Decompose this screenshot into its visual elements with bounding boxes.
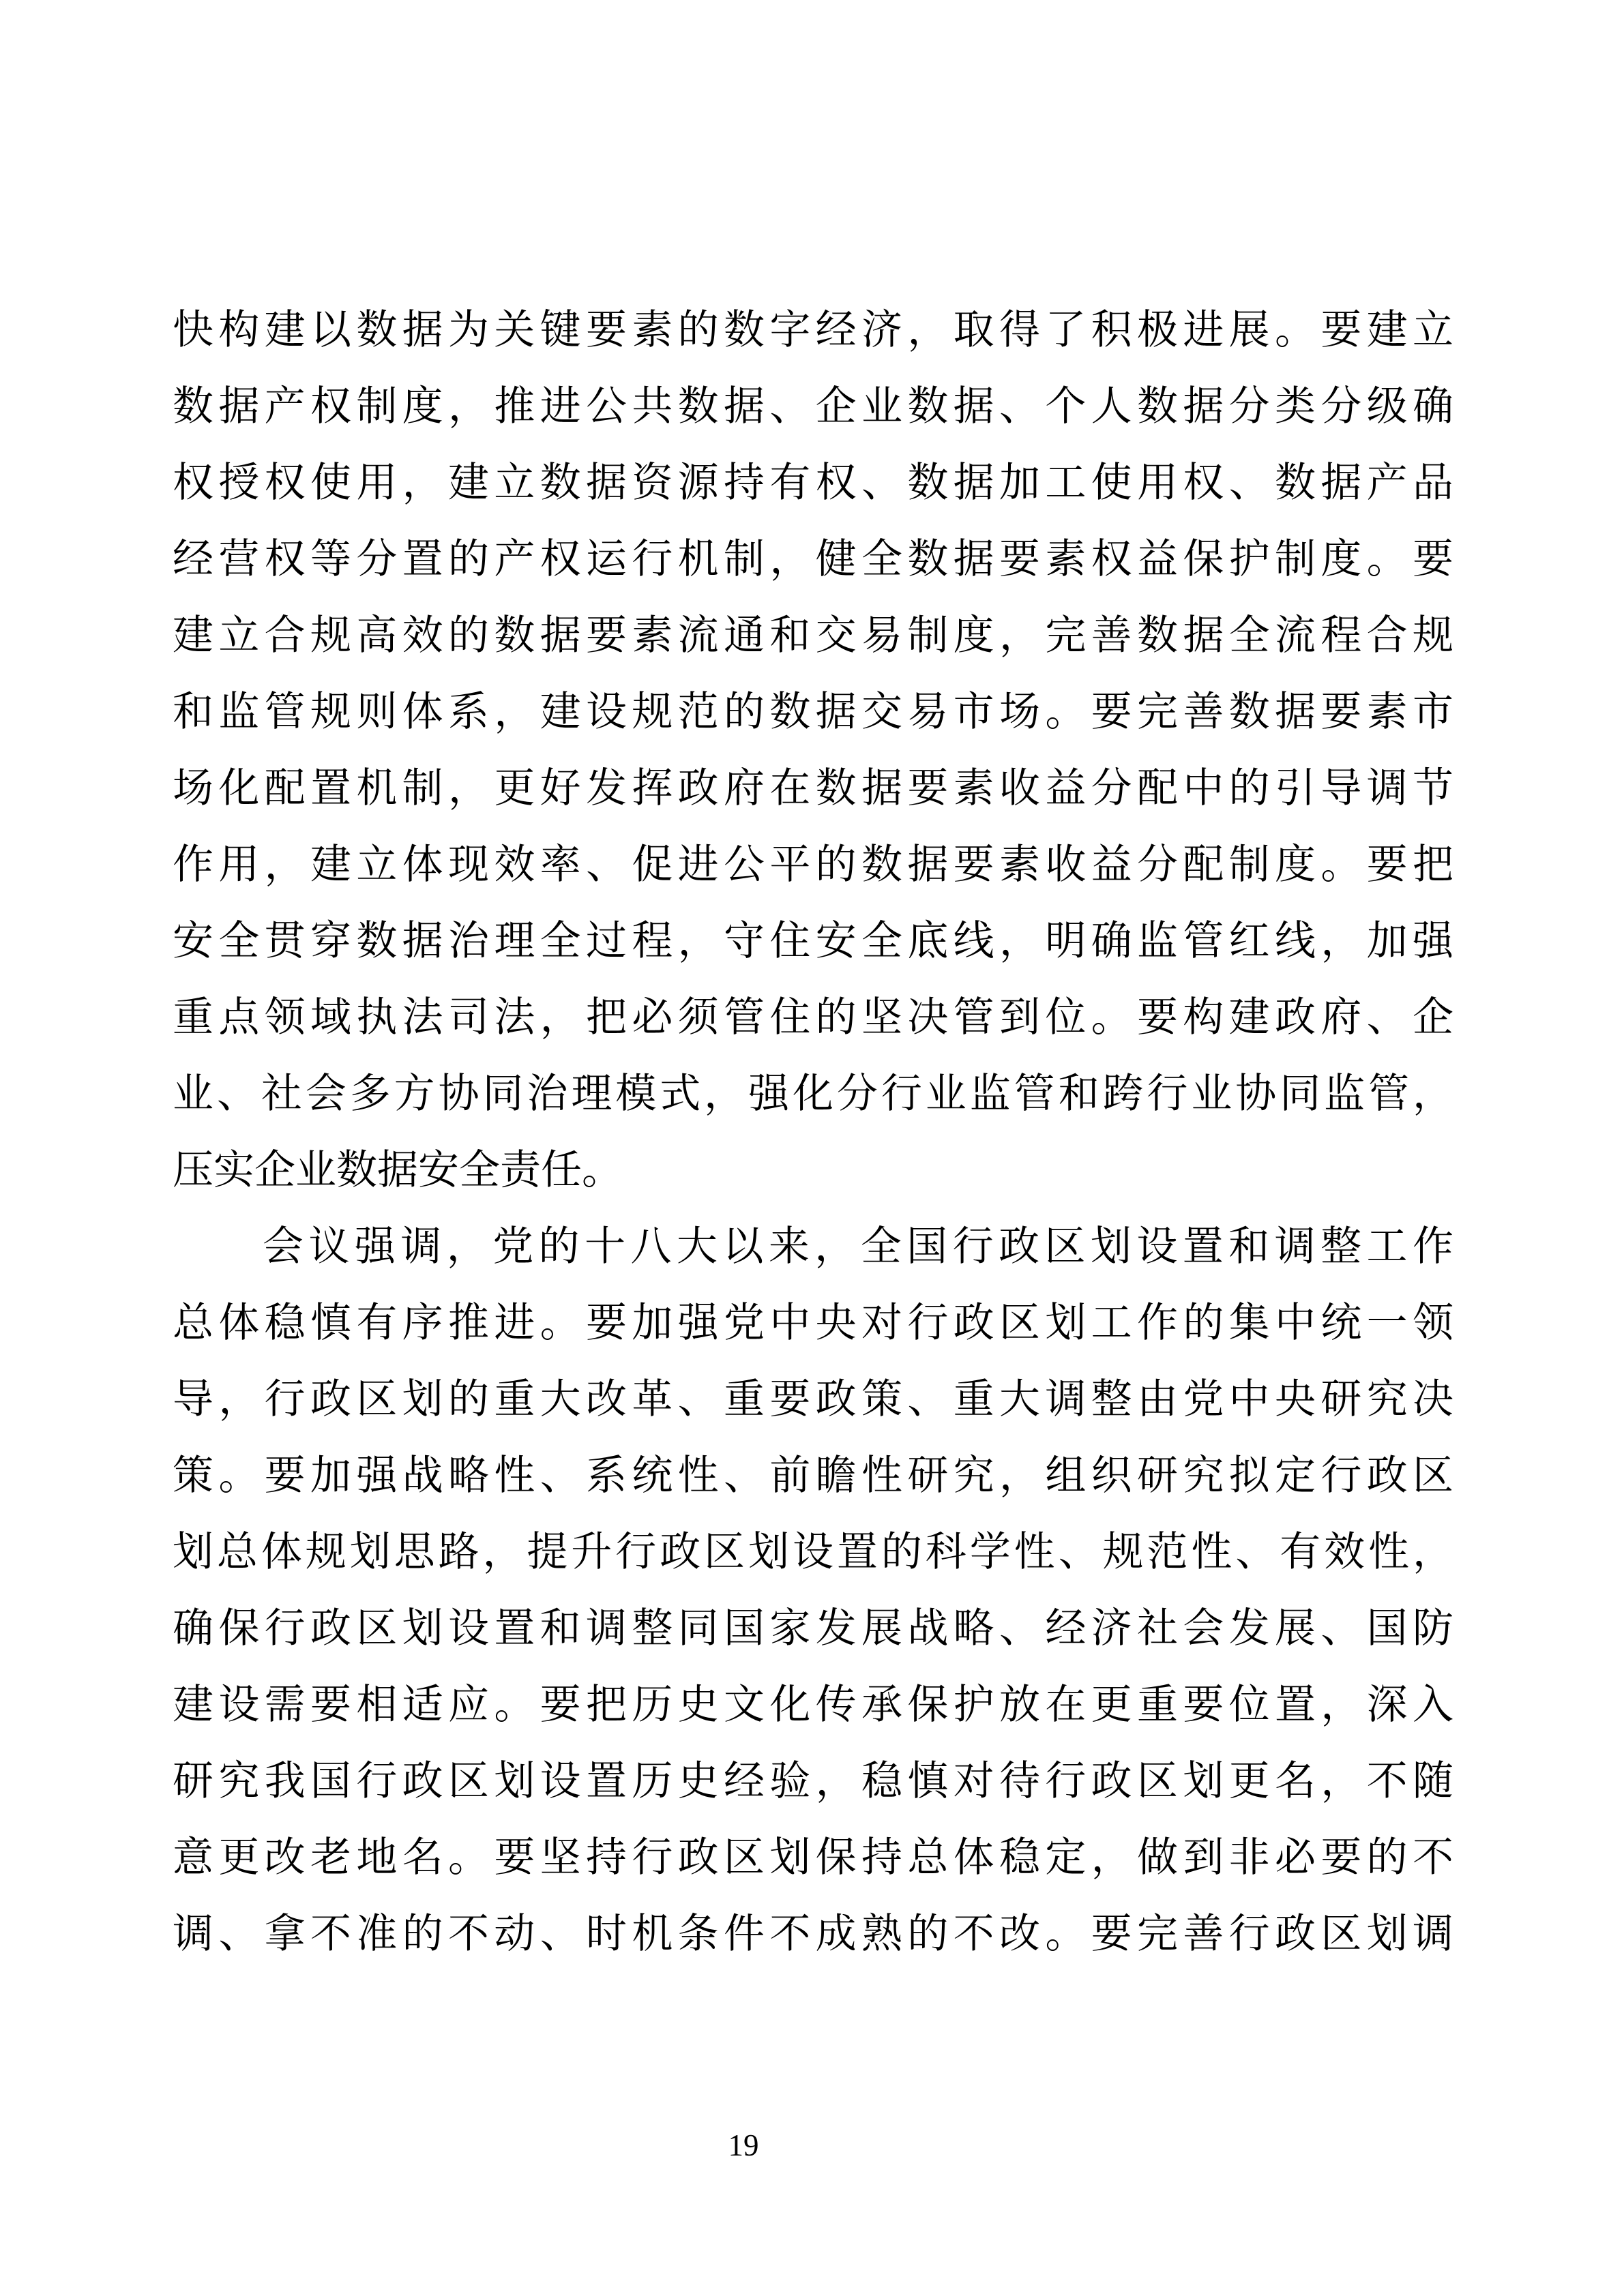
text-line: 压实企业数据安全责任。 — [173, 1132, 1453, 1208]
text-line: 建立合规高效的数据要素流通和交易制度，完善数据全流程合规 — [173, 597, 1453, 674]
text-line: 场化配置机制，更好发挥政府在数据要素收益分配中的引导调节 — [173, 750, 1453, 826]
text-line: 和监管规则体系，建设规范的数据交易市场。要完善数据要素市 — [173, 674, 1453, 750]
page-number: 19 — [706, 2126, 781, 2164]
text-line: 确保行政区划设置和调整同国家发展战略、经济社会发展、国防 — [173, 1590, 1453, 1667]
text-line: 导，行政区划的重大改革、重要政策、重大调整由党中央研究决 — [173, 1361, 1453, 1437]
text-line: 调、拿不准的不动、时机条件不成熟的不改。要完善行政区划调 — [173, 1896, 1453, 1972]
text-line: 经营权等分置的产权运行机制，健全数据要素权益保护制度。要 — [173, 521, 1453, 597]
text-line: 作用，建立体现效率、促进公平的数据要素收益分配制度。要把 — [173, 826, 1453, 903]
text-line: 数据产权制度，推进公共数据、企业数据、个人数据分类分级确 — [173, 368, 1453, 445]
text-line: 权授权使用，建立数据资源持有权、数据加工使用权、数据产品 — [173, 445, 1453, 521]
text-line: 会议强调，党的十八大以来，全国行政区划设置和调整工作 — [173, 1208, 1453, 1285]
text-line: 建设需要相适应。要把历史文化传承保护放在更重要位置，深入 — [173, 1667, 1453, 1743]
text-line: 研究我国行政区划设置历史经验，稳慎对待行政区划更名，不随 — [173, 1743, 1453, 1819]
text-line: 业、社会多方协同治理模式，强化分行业监管和跨行业协同监管， — [173, 1056, 1453, 1132]
text-line: 策。要加强战略性、系统性、前瞻性研究，组织研究拟定行政区 — [173, 1437, 1453, 1514]
text-line: 划总体规划思路，提升行政区划设置的科学性、规范性、有效性， — [173, 1514, 1453, 1590]
text-line: 重点领域执法司法，把必须管住的坚决管到位。要构建政府、企 — [173, 979, 1453, 1056]
document-page: 快构建以数据为关键要素的数字经济，取得了积极进展。要建立 数据产权制度，推进公共… — [0, 0, 1624, 2296]
text-line: 安全贯穿数据治理全过程，守住安全底线，明确监管红线，加强 — [173, 903, 1453, 979]
text-block: 快构建以数据为关键要素的数字经济，取得了积极进展。要建立 数据产权制度，推进公共… — [173, 292, 1453, 1972]
text-line: 快构建以数据为关键要素的数字经济，取得了积极进展。要建立 — [173, 292, 1453, 368]
text-line: 总体稳慎有序推进。要加强党中央对行政区划工作的集中统一领 — [173, 1285, 1453, 1361]
text-line: 意更改老地名。要坚持行政区划保持总体稳定，做到非必要的不 — [173, 1819, 1453, 1896]
